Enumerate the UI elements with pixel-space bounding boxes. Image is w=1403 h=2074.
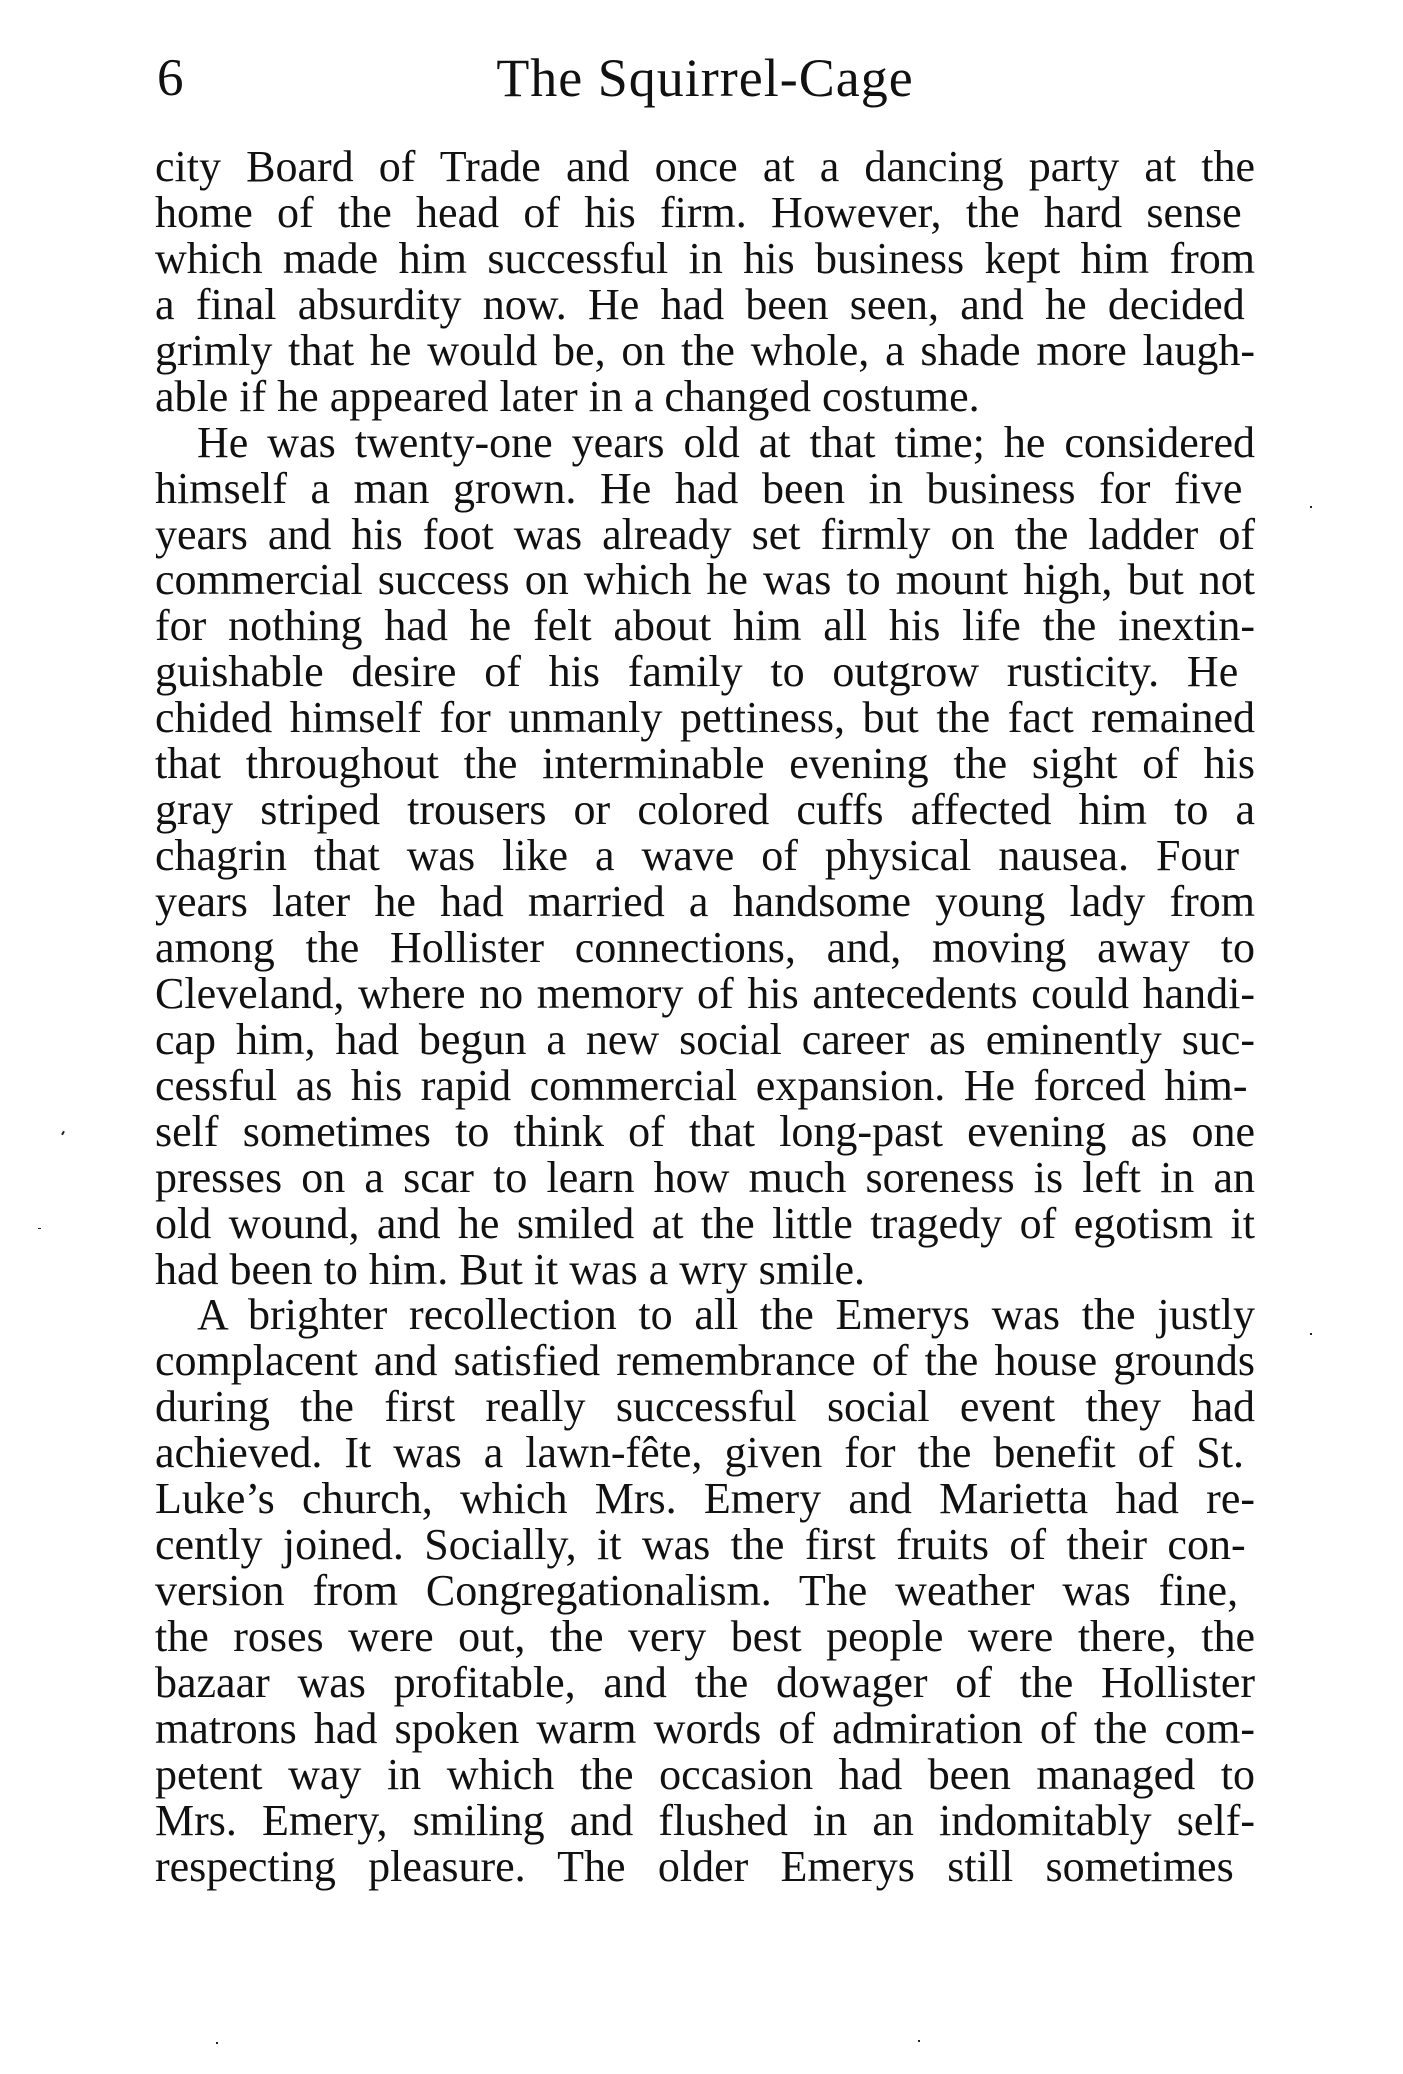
text-line: chagrin that was like a wave of physical… — [155, 833, 1255, 879]
body-text: city Board of Trade and once at a dancin… — [155, 144, 1255, 1890]
text-line: gray striped trousers or colored cuffs a… — [155, 787, 1255, 833]
text-line: presses on a scar to learn how much sore… — [155, 1155, 1255, 1201]
text-line: Mrs. Emery, smiling and flushed in an in… — [155, 1798, 1255, 1844]
text-line: a final absurdity now. He had been seen,… — [155, 282, 1255, 328]
text-line: during the first really successful socia… — [155, 1384, 1255, 1430]
text-line: years and his foot was already set firml… — [155, 512, 1255, 558]
running-title: The Squirrel-Cage — [155, 46, 1255, 110]
text-line: chided himself for unmanly pettiness, bu… — [155, 695, 1255, 741]
text-line: had been to him. But it was a wry smile. — [155, 1247, 1255, 1293]
text-line: for nothing had he felt about him all hi… — [155, 603, 1255, 649]
text-line: Luke’s church, which Mrs. Emery and Mari… — [155, 1476, 1255, 1522]
scan-speck — [1310, 1333, 1312, 1335]
text-line: version from Congregationalism. The weat… — [155, 1568, 1255, 1614]
text-line: petent way in which the occasion had bee… — [155, 1752, 1255, 1798]
text-line: A brighter recollection to all the Emery… — [155, 1292, 1255, 1338]
text-line: that throughout the interminable evening… — [155, 741, 1255, 787]
text-line: among the Hollister connections, and, mo… — [155, 925, 1255, 971]
text-line: cessful as his rapid commercial expansio… — [155, 1063, 1255, 1109]
text-line: old wound, and he smiled at the little t… — [155, 1201, 1255, 1247]
text-line: bazaar was profitable, and the dowager o… — [155, 1660, 1255, 1706]
scan-speck — [918, 2040, 920, 2042]
scan-speck — [38, 1228, 41, 1229]
text-line: which made him successful in his busines… — [155, 236, 1255, 282]
text-line: He was twenty-one years old at that time… — [155, 420, 1255, 466]
text-line: cently joined. Socially, it was the firs… — [155, 1522, 1255, 1568]
scan-speck — [216, 2042, 218, 2044]
text-line: respecting pleasure. The older Emerys st… — [155, 1844, 1255, 1890]
text-line: Cleveland, where no memory of his antece… — [155, 971, 1255, 1017]
text-line: cap him, had begun a new social career a… — [155, 1017, 1255, 1063]
text-line: able if he appeared later in a changed c… — [155, 374, 1255, 420]
text-line: home of the head of his firm. However, t… — [155, 190, 1255, 236]
text-line: the roses were out, the very best people… — [155, 1614, 1255, 1660]
book-page: 6 The Squirrel-Cage city Board of Trade … — [0, 0, 1403, 2074]
text-line: himself a man grown. He had been in busi… — [155, 466, 1255, 512]
scan-speck — [1310, 506, 1312, 508]
text-line: commercial success on which he was to mo… — [155, 557, 1255, 603]
text-line: years later he had married a handsome yo… — [155, 879, 1255, 925]
text-line: grimly that he would be, on the whole, a… — [155, 328, 1255, 374]
scan-speck — [61, 1131, 65, 1135]
text-line: achieved. It was a lawn-fête, given for … — [155, 1430, 1255, 1476]
text-line: city Board of Trade and once at a dancin… — [155, 144, 1255, 190]
text-line: matrons had spoken warm words of admirat… — [155, 1706, 1255, 1752]
text-line: guishable desire of his family to outgro… — [155, 649, 1255, 695]
running-head: 6 The Squirrel-Cage — [155, 46, 1255, 110]
text-line: complacent and satisfied remembrance of … — [155, 1338, 1255, 1384]
text-line: self sometimes to think of that long-pas… — [155, 1109, 1255, 1155]
